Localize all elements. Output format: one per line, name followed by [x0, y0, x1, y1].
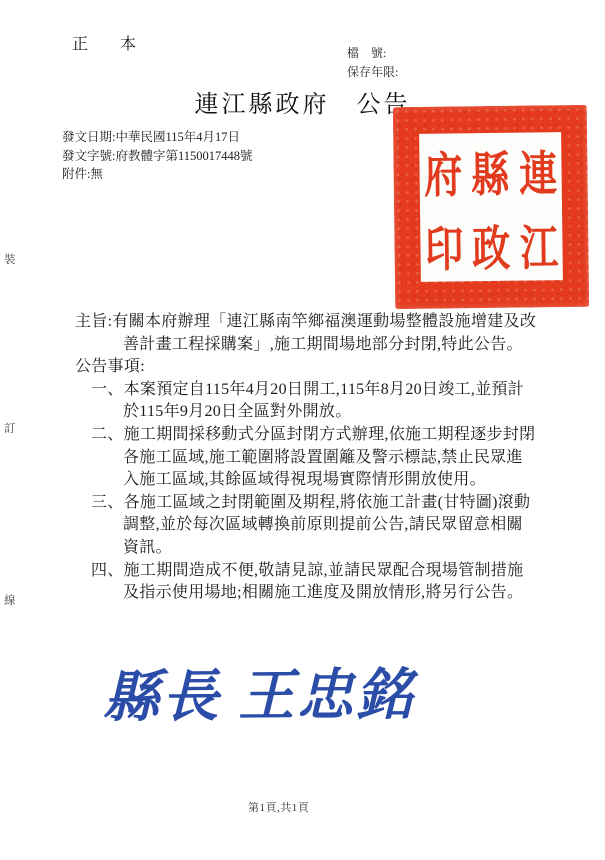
item-3-line: 資訊。 — [123, 537, 545, 560]
item-2-line: 各施工區域,施工範圍將設置圍籬及警示標誌,禁止民眾進 — [123, 447, 545, 470]
page-number-footer: 第1頁,共1頁 — [248, 799, 309, 815]
subject-line: 主旨:有關本府辦理「連江縣南竿鄉福澳運動場整體設施增建及改 — [75, 311, 545, 334]
item-1-line: 於115年9月20日全區對外開放。 — [123, 401, 545, 424]
item-2-line: 二、施工期間採移動式分區封閉方式辦理,依施工期程逐步封閉 — [91, 424, 545, 447]
issue-date-line: 發文日期:中華民國115年4月17日 — [62, 128, 253, 147]
mayor-signature: 縣長 王忠銘 — [103, 651, 416, 734]
binding-mark-ding: 訂 — [4, 420, 16, 436]
document-meta: 發文日期:中華民國115年4月17日 發文字號:府教體字第1150017448號… — [62, 128, 253, 184]
seal-character: 政 — [464, 191, 518, 297]
binding-mark-xian: 線 — [4, 592, 16, 608]
item-4-line: 及指示使用場地;相關施工進度及開放情形,將另行公告。 — [123, 582, 545, 605]
seal-character: 印 — [417, 192, 471, 298]
copy-type-label: 正 本 — [72, 31, 150, 54]
seal-character: 江 — [512, 191, 566, 297]
items-header: 公告事項: — [75, 356, 545, 379]
official-announcement-page: 正 本 檔 號: 保存年限: 連江縣政府 公告 發文日期:中華民國115年4月1… — [0, 0, 605, 860]
file-number-label: 檔 號: — [347, 44, 398, 63]
announcement-body: 主旨:有關本府辦理「連江縣南竿鄉福澳運動場整體設施增建及改 善計畫工程採購案」,… — [75, 311, 545, 605]
item-3-line: 三、各施工區域之封閉範圍及期程,將依施工計畫(甘特圖)滾動 — [91, 492, 545, 515]
item-4-line: 四、施工期間造成不便,敬請見諒,並請民眾配合現場管制措施 — [91, 560, 545, 583]
seal-inner-area: 府 縣 連 印 政 江 — [419, 132, 563, 282]
item-2-line: 入施工區域,其餘區域得視現場實際情形開放使用。 — [123, 469, 545, 492]
item-3-line: 調整,並於每次區域轉換前原則提前公告,請民眾留意相關 — [123, 514, 545, 537]
subject-line: 善計畫工程採購案」,施工期間場地部分封閉,特此公告。 — [123, 334, 545, 357]
archive-labels: 檔 號: 保存年限: — [347, 44, 398, 82]
retention-period-label: 保存年限: — [347, 63, 398, 82]
binding-mark-zhuang: 裝 — [4, 251, 16, 267]
issue-number-line: 發文字號:府教體字第1150017448號 — [62, 147, 253, 166]
item-1-line: 一、本案預定自115年4月20日開工,115年8月20日竣工,並預計 — [91, 379, 545, 402]
official-seal-stamp: 府 縣 連 印 政 江 — [393, 105, 589, 309]
attachment-line: 附件:無 — [62, 165, 253, 184]
